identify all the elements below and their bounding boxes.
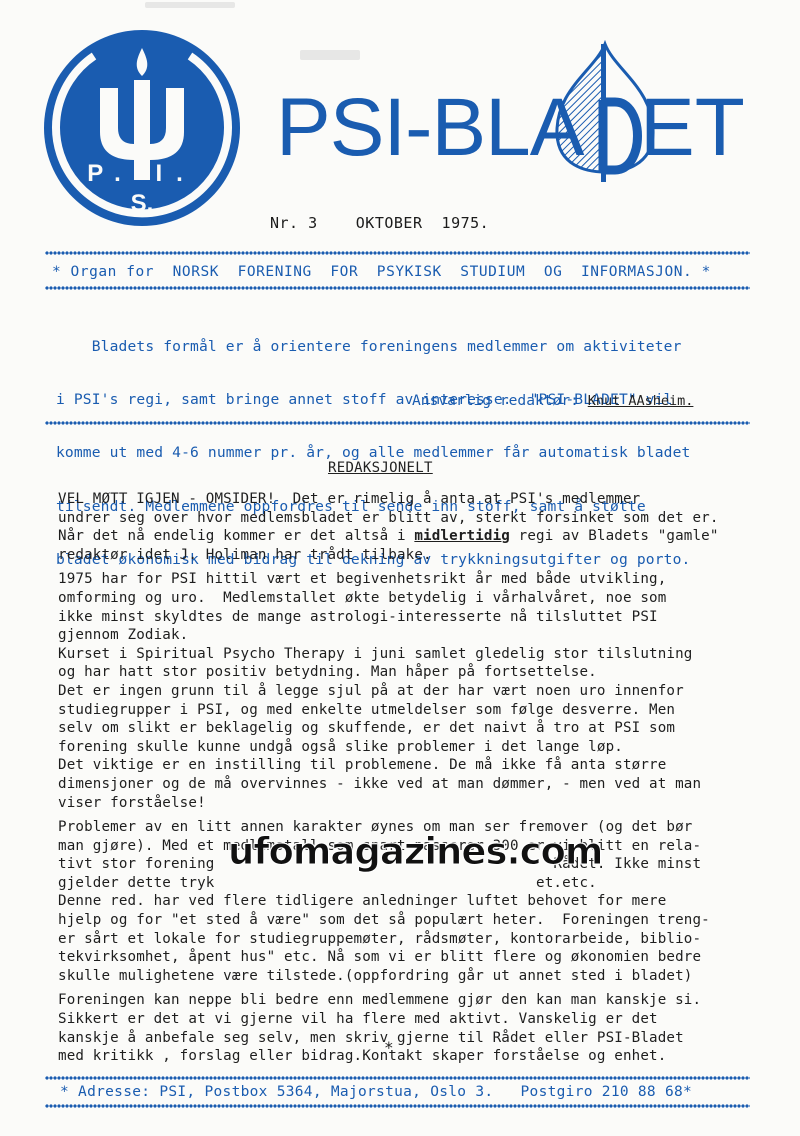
organ-line: * Organ for NORSK FORENING FOR PSYKISK S… — [52, 264, 752, 280]
dotted-rule — [45, 1076, 750, 1080]
section-separator: * — [384, 1038, 394, 1057]
text-line: gjelder dette tryk et.etc. — [58, 875, 597, 891]
text-line: undrer seg over hvor medlemsbladet er bl… — [58, 510, 719, 526]
text-line: med kritikk , forslag eller bidrag.Konta… — [58, 1048, 666, 1064]
text-line: VEL MØTT IGJEN - OMSIDER! Det er rimelig… — [58, 491, 640, 507]
text-line: kanskje å anbefale seg selv, men skriv g… — [58, 1030, 684, 1046]
paragraph-1: VEL MØTT IGJEN - OMSIDER! Det er rimelig… — [58, 490, 788, 564]
editorial-heading: REDAKSJONELT — [328, 460, 433, 476]
text-line: Denne red. har ved flere tidligere anled… — [58, 893, 666, 909]
editorial-body: VEL MØTT IGJEN - OMSIDER! Det er rimelig… — [58, 490, 788, 1072]
text-line: viser forståelse! — [58, 795, 206, 811]
footer-address: * Adresse: PSI, Postbox 5364, Majorstua,… — [60, 1084, 692, 1100]
logo-text: P. I. — [87, 160, 197, 187]
text-line: redaktør idet J. Holiman har trådt tilba… — [58, 547, 432, 563]
text-line: Kurset i Spiritual Psycho Therapy i juni… — [58, 646, 693, 662]
text-line: Når det nå endelig kommer er det altså i — [58, 528, 414, 544]
dotted-rule — [45, 286, 750, 290]
psi-logo: P. I. S. — [42, 28, 242, 228]
text-line: selv om slikt er beklagelig og skuffende… — [58, 720, 675, 736]
text-line: Det er ingen grunn til å legge sjul på a… — [58, 683, 684, 699]
text-line: regi av Bladets "gamle" — [510, 528, 719, 544]
text-line: ikke minst skyldtes de mange astrologi-i… — [58, 609, 658, 625]
text-line: Det viktige er en instilling til problem… — [58, 757, 666, 773]
watermark: ufomagazines.com — [228, 832, 602, 872]
text-line: er sårt et lokale for studiegruppemøter,… — [58, 931, 701, 947]
responsible-editor: Ansvarlig redaktør: Knut AAsheim. — [412, 392, 693, 409]
dotted-rule — [45, 251, 750, 255]
text-line: skulle mulighetene være tilstede.(oppfor… — [58, 968, 693, 984]
text-line: Sikkert er det at vi gjerne vil ha flere… — [58, 1011, 658, 1027]
paragraph-2: 1975 har for PSI hittil vært et begivenh… — [58, 570, 788, 812]
issue-line: Nr. 3 OKTOBER 1975. — [270, 214, 489, 232]
title-left: PSI-BLA — [276, 78, 583, 178]
title-right: ET — [640, 78, 745, 178]
dotted-rule — [45, 1104, 750, 1108]
text-line: og har hatt stor positiv betydning. Man … — [58, 664, 597, 680]
text-line: 1975 har for PSI hittil vært et begivenh… — [58, 571, 666, 587]
emphasis-midlertidig: midlertidig — [414, 528, 510, 544]
editor-label: Ansvarlig redaktør: — [412, 392, 588, 409]
text-line: dimensjoner og de må overvinnes - ikke v… — [58, 776, 701, 792]
text-line: tekvirksomhet, åpent hus" etc. Nå som vi… — [58, 949, 701, 965]
text-line: gjennom Zodiak. — [58, 627, 188, 643]
dotted-rule — [45, 421, 750, 425]
text-line: studiegrupper i PSI, og med enkelte utme… — [58, 702, 675, 718]
text-line: omforming og uro. Medlemstallet økte bet… — [58, 590, 666, 606]
svg-text:S.: S. — [131, 190, 154, 217]
paragraph-4: Foreningen kan neppe bli bedre enn medle… — [58, 991, 788, 1065]
text-line: Foreningen kan neppe bli bedre enn medle… — [58, 992, 701, 1008]
scan-artifact — [300, 50, 360, 60]
editor-name: Knut AAsheim. — [588, 393, 694, 409]
text-line: hjelp og for "et sted å være" som det så… — [58, 912, 710, 928]
text-line: forening skulle kunne undgå også slike p… — [58, 739, 623, 755]
masthead-title: PSI-BLA — [276, 78, 583, 178]
scan-artifact — [145, 2, 235, 8]
purpose-line: Bladets formål er å orientere foreningen… — [56, 338, 766, 356]
